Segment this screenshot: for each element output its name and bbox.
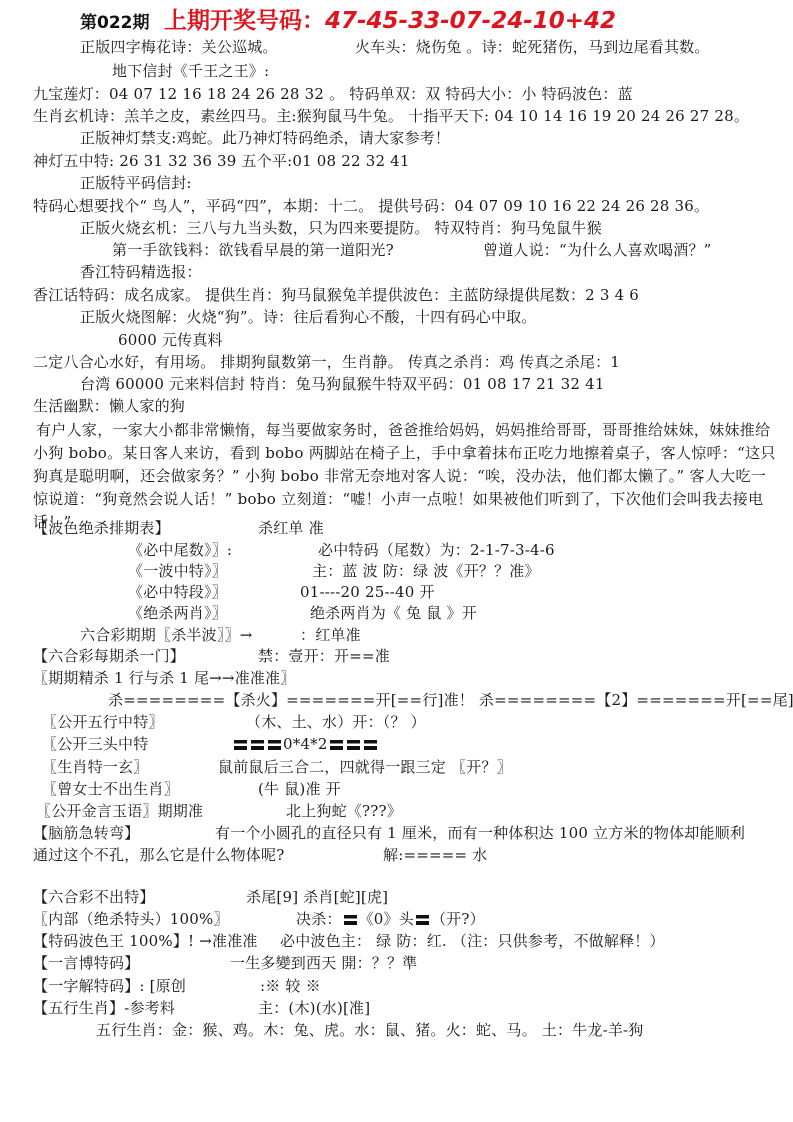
bizhong-teduan-value: 01----20 25--40 开 xyxy=(300,582,435,602)
naojin-label: 【脑筋急转弯】 xyxy=(33,823,139,843)
shengxiao-xuanji-line: 生肖玄机诗：羔羊之皮，素丝四马。主:猴狗鼠马牛兔。 十指平天下: 04 10 1… xyxy=(33,106,749,126)
bosewang-label: 【特码波色王 100%】! →准准准 xyxy=(33,931,258,951)
meihua-poem: 正版四字梅花诗：关公巡城。 xyxy=(80,37,278,57)
wuxing-shengxiao-value: 主：(木)(水)[准] xyxy=(258,998,370,1018)
santou-digits: 0*4*2 xyxy=(283,735,328,753)
taiwan-xinfeng-line: 台湾 60000 元来料信封 特肖：兔马狗鼠猴牛特双平码：01 08 17 21… xyxy=(80,374,605,394)
block-icon xyxy=(268,740,281,750)
shendeng-jinzhi-line: 正版神灯禁支:鸡蛇。此乃神灯特码绝杀，请大家参考！ xyxy=(80,128,450,148)
last-draw-title: 上期开奖号码：47-45-33-07-24-10+42 xyxy=(164,2,616,35)
wuxing-shengxiao-label: 【五行生肖】-参考料 xyxy=(33,998,175,1018)
santou-zhongte-label: 〖公开三头中特 xyxy=(42,734,148,754)
huochetou-line: 火车头：烧伤兔 。诗：蛇死猪伤，马到边尾看其数。 xyxy=(355,37,710,57)
zengdaoren-line: 曾道人说：“为什么人喜欢喝酒？” xyxy=(483,240,712,260)
shayimen-label: 【六合彩每期杀一门】 xyxy=(33,646,185,666)
xiangjiang-heading: 香江特码精选报： xyxy=(80,262,202,282)
dixia-xinfeng-heading: 地下信封《千王之王》: xyxy=(112,61,269,81)
block-icon xyxy=(347,740,360,750)
humor-story: 有户人家，一家大小都非常懒惰，每当要做家务时，爸爸推给妈妈，妈妈推给哥哥，哥哥推… xyxy=(33,419,778,534)
bose-table-value: 杀红单 准 xyxy=(258,518,324,538)
block-icon xyxy=(344,915,357,925)
juesha-liangxiao-label: 《绝杀两肖》〗 xyxy=(128,603,227,623)
neibu-kai: （开?） xyxy=(431,910,485,928)
yizi-label: 【一字解特码】: [原创 xyxy=(33,976,186,996)
bosewang-value: 必中波色主： 绿 防：红. （注：只供参考，不做解释！） xyxy=(280,931,665,951)
shengxiao-teyixuan-label: 〖生肖特一玄〗 xyxy=(42,757,148,777)
jingsha-heading: 〖期期精杀 1 行与杀 1 尾→→准准准〗 xyxy=(33,668,296,688)
yiyan-value: 一生多變到西天 開：？？準 xyxy=(230,953,417,973)
neibu-jue-sha: 决杀： xyxy=(296,910,342,928)
block-icon xyxy=(416,915,429,925)
huoshao-xuanji-line: 正版火烧玄机：三八与九当头数，只为四来要提防。 特双特肖：狗马兔鼠牛猴 xyxy=(80,218,602,238)
last-draw-label: 上期开奖号码： xyxy=(164,8,325,34)
tepingma-xinfeng-heading: 正版特平码信封: xyxy=(80,173,192,193)
neibu-label: 〖内部（绝杀特头）100%〗 xyxy=(33,909,229,929)
jinyan-yuyu-value: 北上狗蛇《???》 xyxy=(286,801,402,821)
humor-heading: 生活幽默：懒人家的狗 xyxy=(33,396,185,416)
wuxing-shengxiao-list: 五行生肖：金：猴、鸡。木：兔、虎。水：鼠、猪。火：蛇、马。 土：牛龙-羊-狗 xyxy=(96,1020,644,1040)
chuanzhen-heading: 6000 元传真料 xyxy=(118,330,223,350)
juesha-liangxiao-value: 绝杀两肖为《 兔 鼠 》开 xyxy=(310,603,477,623)
wuxing-zhongte-label: 〖公开五行中特〗 xyxy=(42,712,164,732)
yibo-zhongte-value: 主：蓝 波 防：绿 波《开？？准》 xyxy=(312,561,540,581)
shayimen-value: 禁：壹开：开==准 xyxy=(258,646,390,666)
buchute-value: 杀尾[9] 杀肖[蛇][虎] xyxy=(246,887,388,907)
wuxing-zhongte-value: （木、土、水）开：（？ ） xyxy=(246,712,426,732)
bose-table-title: 【波色绝杀排期表】 xyxy=(33,518,170,538)
naojin-question-1: 有一个小圆孔的直径只有 1 厘米，而有一种体积达 100 立方米的物体却能顺利 xyxy=(215,823,745,843)
zengnvshi-value: (牛 鼠)准 开 xyxy=(258,779,341,799)
naojin-question-2: 通过这个不孔，那么它是什么物体呢? xyxy=(33,845,284,865)
issue-number: 第022期 xyxy=(80,8,150,33)
neibu-value: 决杀：《0》头（开?） xyxy=(296,909,485,929)
bizhong-weishu-label: 《必中尾数》〗: xyxy=(128,540,232,560)
yibo-zhongte-label: 《一波中特》〗 xyxy=(128,561,227,581)
shendeng-wuzhongte-line: 神灯五中特: 26 31 32 36 39 五个平:01 08 22 32 41 xyxy=(33,151,410,171)
liuhe-shabanbo-label: 六合彩期期〖杀半波〗〗→ xyxy=(80,625,252,645)
neibu-tou: 《0》头 xyxy=(359,910,414,928)
shengxiao-teyixuan-value: 鼠前鼠后三合二，四就得一跟三定 〖开？〗 xyxy=(218,757,512,777)
block-icon xyxy=(251,740,264,750)
tema-niaoren-line: 特码心想要找个“ 鸟人”，平码“四”，本期：十二。 提供号码：04 07 09 … xyxy=(33,196,709,216)
block-icon xyxy=(364,740,377,750)
bizhong-teduan-label: 《必中特段》〗 xyxy=(128,582,227,602)
jingsha-line: 杀========【杀火】=======开[==行]准！ 杀========【2… xyxy=(108,690,793,710)
bizhong-weishu-value: 必中特码（尾数）为：2-1-7-3-4-6 xyxy=(318,540,555,560)
yizi-value: :※ 较 ※ xyxy=(260,976,321,996)
zengnvshi-label: 〖曾女士不出生肖〗 xyxy=(42,779,179,799)
liuhe-shabanbo-value: ：红单准 xyxy=(300,625,361,645)
block-icon xyxy=(330,740,343,750)
diyishou-line: 第一手欲钱料：欲钱看早晨的第一道阳光? xyxy=(112,240,394,260)
block-icon xyxy=(234,740,247,750)
jinyan-yuyu-label: 〖公开金言玉语〗期期准 xyxy=(36,801,203,821)
buchute-label: 【六合彩不出特】 xyxy=(33,887,155,907)
jiubao-lianden-line: 九宝莲灯：04 07 12 16 18 24 26 28 32 。 特码单双：双… xyxy=(33,84,633,104)
xiangjiang-tema-line: 香江话特码：成名成家。 提供生肖：狗马鼠猴兔羊提供波色：主蓝防绿提供尾数：2 3… xyxy=(33,285,639,305)
yiyan-label: 【一言博特码】 xyxy=(33,953,139,973)
huoshao-tujie-line: 正版火烧图解：火烧“狗”。诗：往后看狗心不酸，十四有码心中取。 xyxy=(80,307,537,327)
naojin-answer: 解:===== 水 xyxy=(383,845,487,865)
erding-bahe-line: 二定八合心水好，有用场。 排期狗鼠数第一，生肖静。 传真之杀肖：鸡 传真之杀尾：… xyxy=(33,352,620,372)
last-draw-numbers: 47-45-33-07-24-10+42 xyxy=(325,8,616,34)
santou-zhongte-value: 0*4*2 xyxy=(232,734,379,754)
